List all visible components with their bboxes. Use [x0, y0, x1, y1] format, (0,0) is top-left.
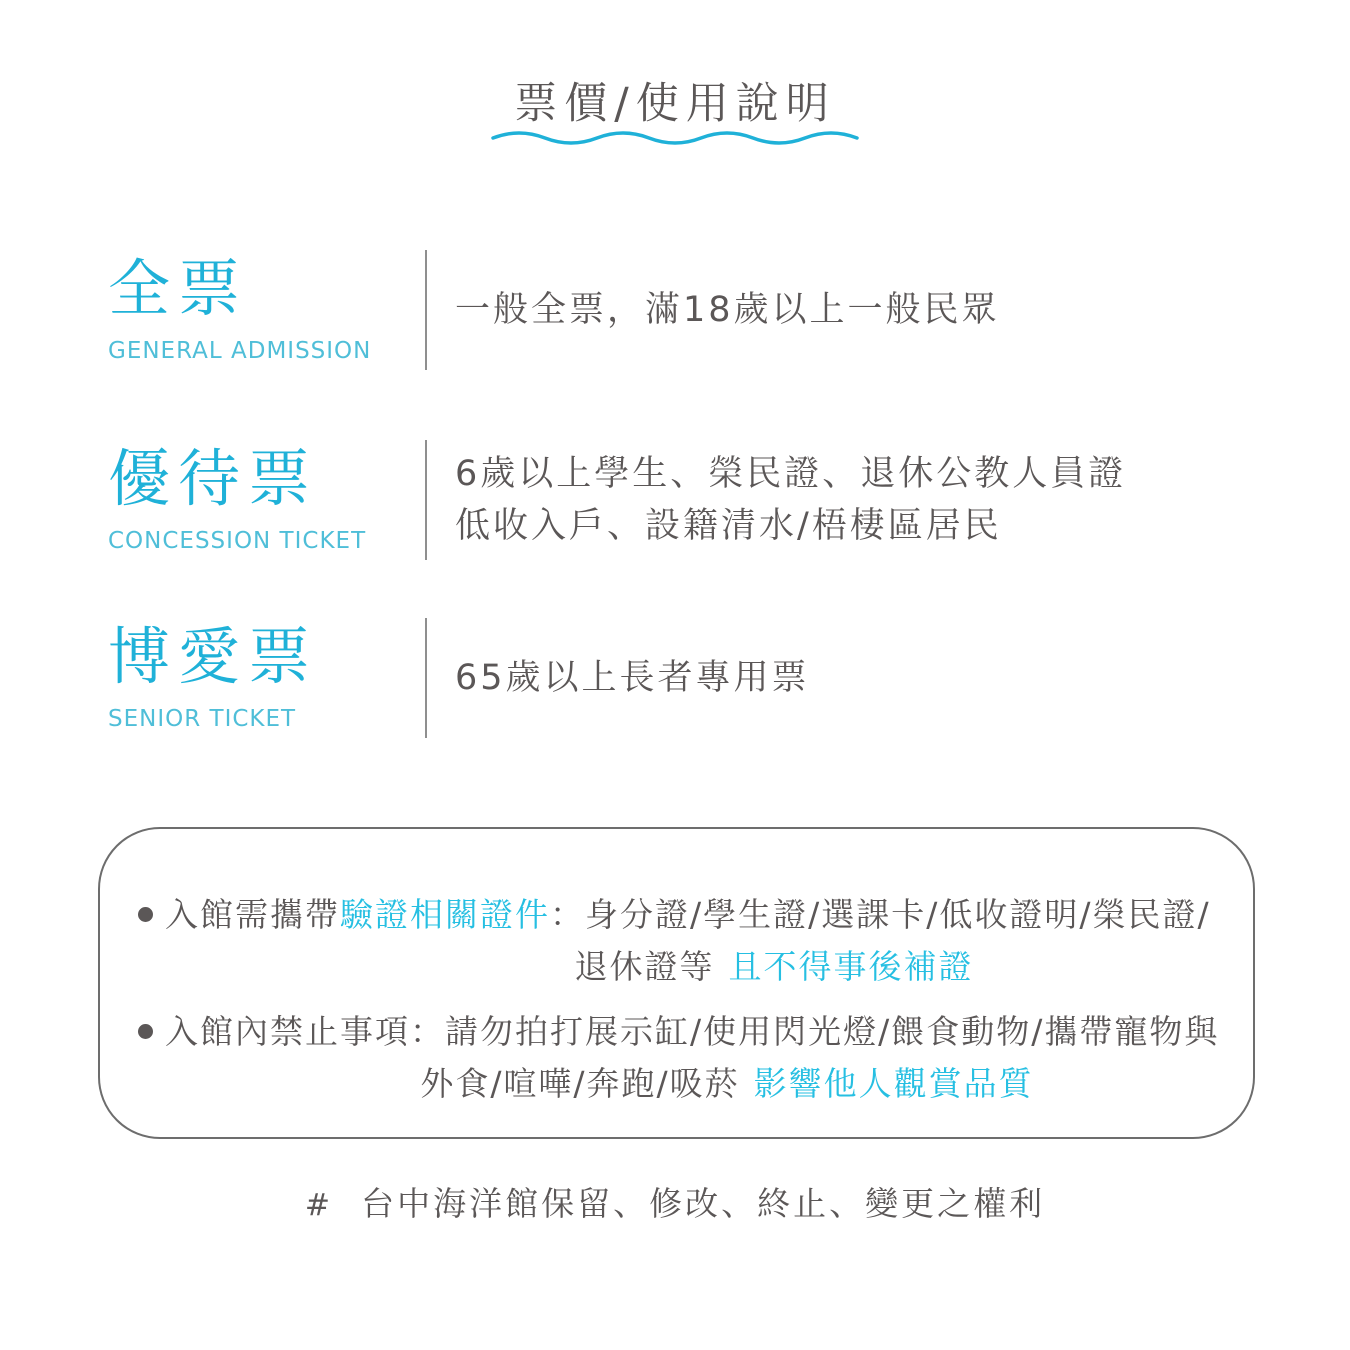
- vertical-divider: [425, 250, 427, 370]
- footer-disclaimer: #台中海洋館保留、修改、終止、變更之權利: [0, 1178, 1350, 1225]
- notes-box: 入館需攜帶驗證相關證件：身分證/學生證/選課卡/低收證明/榮民證/ 退休證等且不…: [98, 827, 1255, 1139]
- ticket-description-general: 一般全票，滿18歲以上一般民眾: [455, 284, 1000, 337]
- description-line: 65歲以上長者專用票: [455, 652, 810, 705]
- vertical-divider: [425, 440, 427, 560]
- ticket-name-en: CONCESSION TICKET: [108, 528, 425, 554]
- ticket-name-zh: 優待票: [108, 446, 425, 511]
- ticket-heading-concession: 優待票 CONCESSION TICKET: [108, 446, 425, 553]
- ticket-description-concession: 6歲以上學生、榮民證、退休公教人員證 低收入戶、設籍清水/梧棲區居民: [455, 448, 1126, 553]
- ticket-row-general: 全票 GENERAL ADMISSION 一般全票，滿18歲以上一般民眾: [108, 250, 1308, 370]
- bullet-dot-icon: [138, 1024, 153, 1039]
- description-line: 一般全票，滿18歲以上一般民眾: [455, 284, 1000, 337]
- ticket-description-senior: 65歲以上長者專用票: [455, 652, 810, 705]
- note-segment-highlight: 驗證相關證件: [340, 895, 550, 934]
- description-line: 6歲以上學生、榮民證、退休公教人員證: [455, 448, 1126, 501]
- description-line: 低收入戶、設籍清水/梧棲區居民: [455, 500, 1126, 553]
- ticket-name-zh: 博愛票: [108, 624, 425, 689]
- note-documents-required: 入館需攜帶驗證相關證件：身分證/學生證/選課卡/低收證明/榮民證/ 退休證等且不…: [138, 889, 1225, 993]
- wave-underline-icon: [489, 127, 861, 147]
- ticket-row-concession: 優待票 CONCESSION TICKET 6歲以上學生、榮民證、退休公教人員證…: [108, 440, 1308, 560]
- note-segment: 入館內禁止事項：請勿拍打展示缸/使用閃光燈/餵食動物/攜帶寵物與: [165, 1012, 1219, 1051]
- note-segment: 入館需攜帶: [165, 895, 340, 934]
- ticket-name-en: GENERAL ADMISSION: [108, 338, 425, 364]
- note-line: 退休證等且不得事後補證: [165, 941, 1225, 993]
- note-segment: 退休證等: [575, 947, 715, 986]
- ticket-name-en: SENIOR TICKET: [108, 706, 425, 732]
- ticket-row-senior: 博愛票 SENIOR TICKET 65歲以上長者專用票: [108, 618, 1308, 738]
- bullet-dot-icon: [138, 907, 153, 922]
- note-line: 入館內禁止事項：請勿拍打展示缸/使用閃光燈/餵食動物/攜帶寵物與: [165, 1006, 1225, 1058]
- note-segment-highlight: 影響他人觀賞品質: [754, 1064, 1034, 1103]
- note-text: 入館需攜帶驗證相關證件：身分證/學生證/選課卡/低收證明/榮民證/ 退休證等且不…: [165, 889, 1225, 993]
- ticket-heading-general: 全票 GENERAL ADMISSION: [108, 256, 425, 363]
- ticket-info-page: 票價/使用說明 全票 GENERAL ADMISSION 一般全票，滿18歲以上…: [0, 0, 1350, 1350]
- ticket-heading-senior: 博愛票 SENIOR TICKET: [108, 624, 425, 731]
- note-line: 外食/喧嘩/奔跑/吸菸影響他人觀賞品質: [165, 1058, 1225, 1110]
- vertical-divider: [425, 618, 427, 738]
- note-prohibited-actions: 入館內禁止事項：請勿拍打展示缸/使用閃光燈/餵食動物/攜帶寵物與 外食/喧嘩/奔…: [138, 1006, 1225, 1110]
- page-title: 票價/使用說明: [0, 70, 1350, 131]
- ticket-name-zh: 全票: [108, 256, 425, 321]
- note-line: 入館需攜帶驗證相關證件：身分證/學生證/選課卡/低收證明/榮民證/: [165, 889, 1225, 941]
- footer-text: 台中海洋館保留、修改、終止、變更之權利: [361, 1184, 1045, 1223]
- note-text: 入館內禁止事項：請勿拍打展示缸/使用閃光燈/餵食動物/攜帶寵物與 外食/喧嘩/奔…: [165, 1006, 1225, 1110]
- note-segment-highlight: 且不得事後補證: [729, 947, 974, 986]
- note-segment: ：身分證/學生證/選課卡/低收證明/榮民證/: [550, 895, 1211, 934]
- note-segment: 外食/喧嘩/奔跑/吸菸: [420, 1064, 739, 1103]
- hash-symbol: #: [305, 1188, 333, 1223]
